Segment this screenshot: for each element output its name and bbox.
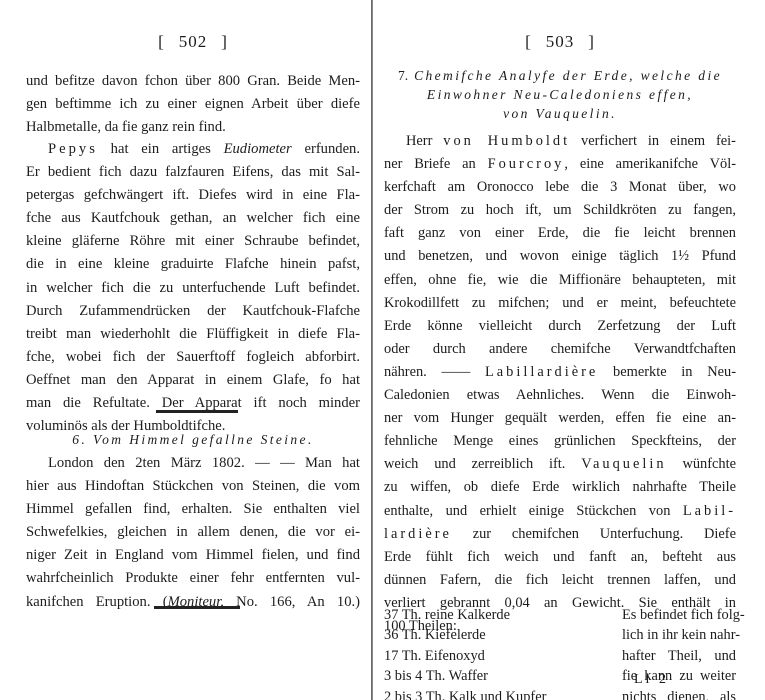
section-divider-rule (156, 410, 238, 413)
pepys-first-line: Pepys hat ein artiges Eudiometer erfunde… (26, 138, 360, 161)
citation-line: kanifchen Eruption. (Moniteur, No. 166, … (26, 591, 360, 614)
composition-item: 2 bis 3 Th. Kalk und Kupfer (384, 687, 612, 700)
section-7-heading: 7.Chemifche Analyfe der Erde, welche die… (384, 66, 736, 123)
composition-item: 3 bis 4 Th. Waffer (384, 666, 612, 686)
section-6-heading: 6. Vom Himmel gefallne Steine. (26, 432, 360, 448)
composition-item: 36 Th. Kiefelerde (384, 625, 612, 645)
composition-item: 37 Th. reine Kalkerde (384, 605, 612, 625)
composition-item: 17 Th. Eifenoxyd (384, 646, 612, 666)
section-6-body: London den 2ten März 1802. — — Man hat h… (26, 452, 360, 614)
composition-list: 37 Th. reine Kalkerde 36 Th. Kiefelerde … (384, 605, 612, 700)
section-7-body: Herr von Humboldt verfichert in einem fe… (384, 130, 736, 638)
section-end-rule (154, 606, 240, 609)
pepys-paragraph: Pepys hat ein artiges Eudiometer erfunde… (26, 138, 360, 438)
signature-mark: Ll 2 (634, 672, 669, 688)
right-page-number: [503] (384, 32, 736, 52)
left-page: [502] und befitze davon fchon über 800 G… (26, 0, 360, 700)
book-spread: [502] und befitze davon fchon über 800 G… (0, 0, 765, 700)
page-gutter (371, 0, 373, 700)
continued-paragraph: und befitze davon fchon über 800 Gran. B… (26, 70, 360, 139)
left-page-number: [502] (26, 32, 360, 52)
right-page: [503] 7.Chemifche Analyfe der Erde, welc… (384, 0, 736, 700)
